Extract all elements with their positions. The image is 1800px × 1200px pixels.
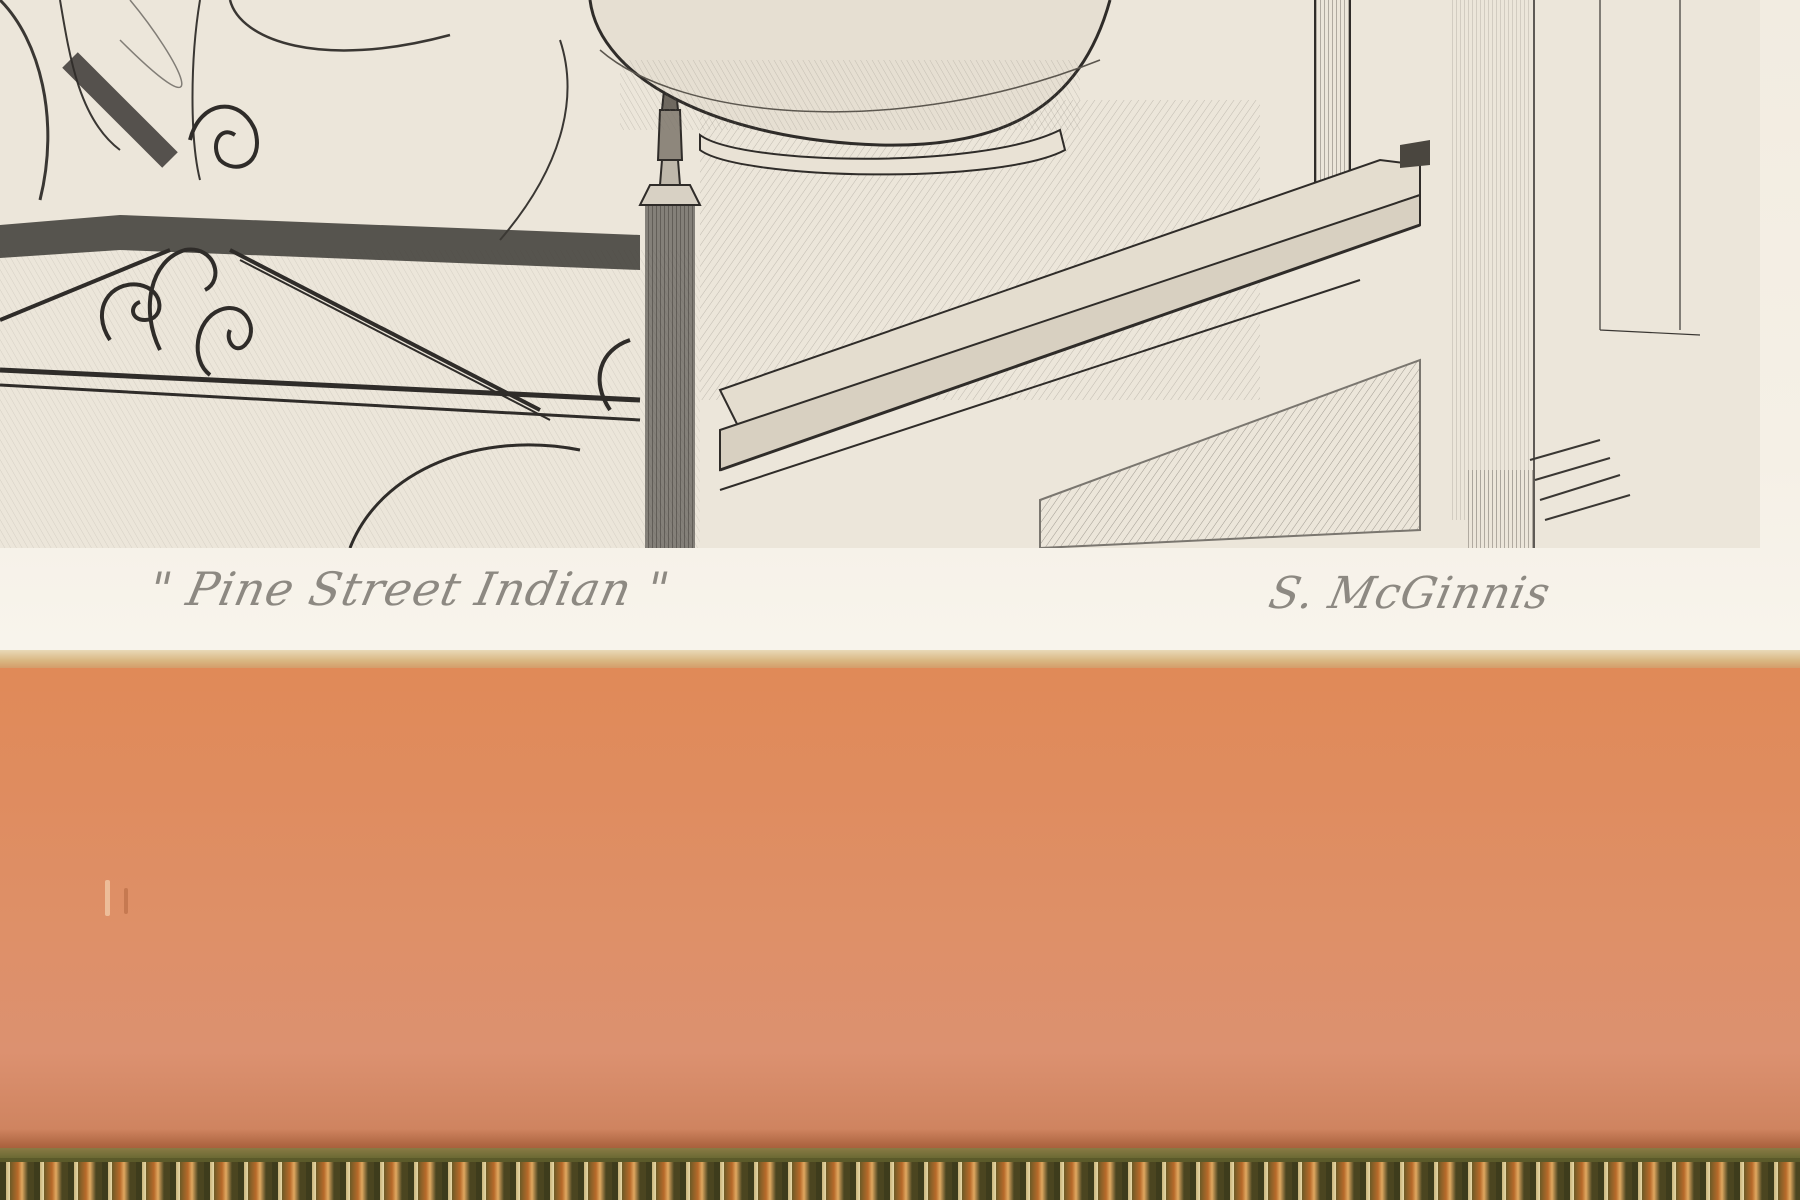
- print-title-inscription: " Pine Street Indian ": [144, 562, 675, 616]
- frame-ornament: [0, 1162, 1800, 1200]
- frame-inner-lip: [0, 1148, 1800, 1158]
- mat-blemish: [105, 880, 110, 916]
- gilt-frame: [0, 1148, 1800, 1200]
- etching-plate: [0, 0, 1760, 548]
- etching-drawing: [0, 0, 1760, 548]
- artist-signature: S. McGinnis: [1265, 568, 1556, 619]
- print-paper: " Pine Street Indian " S. McGinnis: [0, 0, 1800, 650]
- orange-mat: [0, 668, 1800, 1148]
- mat-bevel: [0, 650, 1800, 668]
- mat-blemish: [124, 888, 128, 914]
